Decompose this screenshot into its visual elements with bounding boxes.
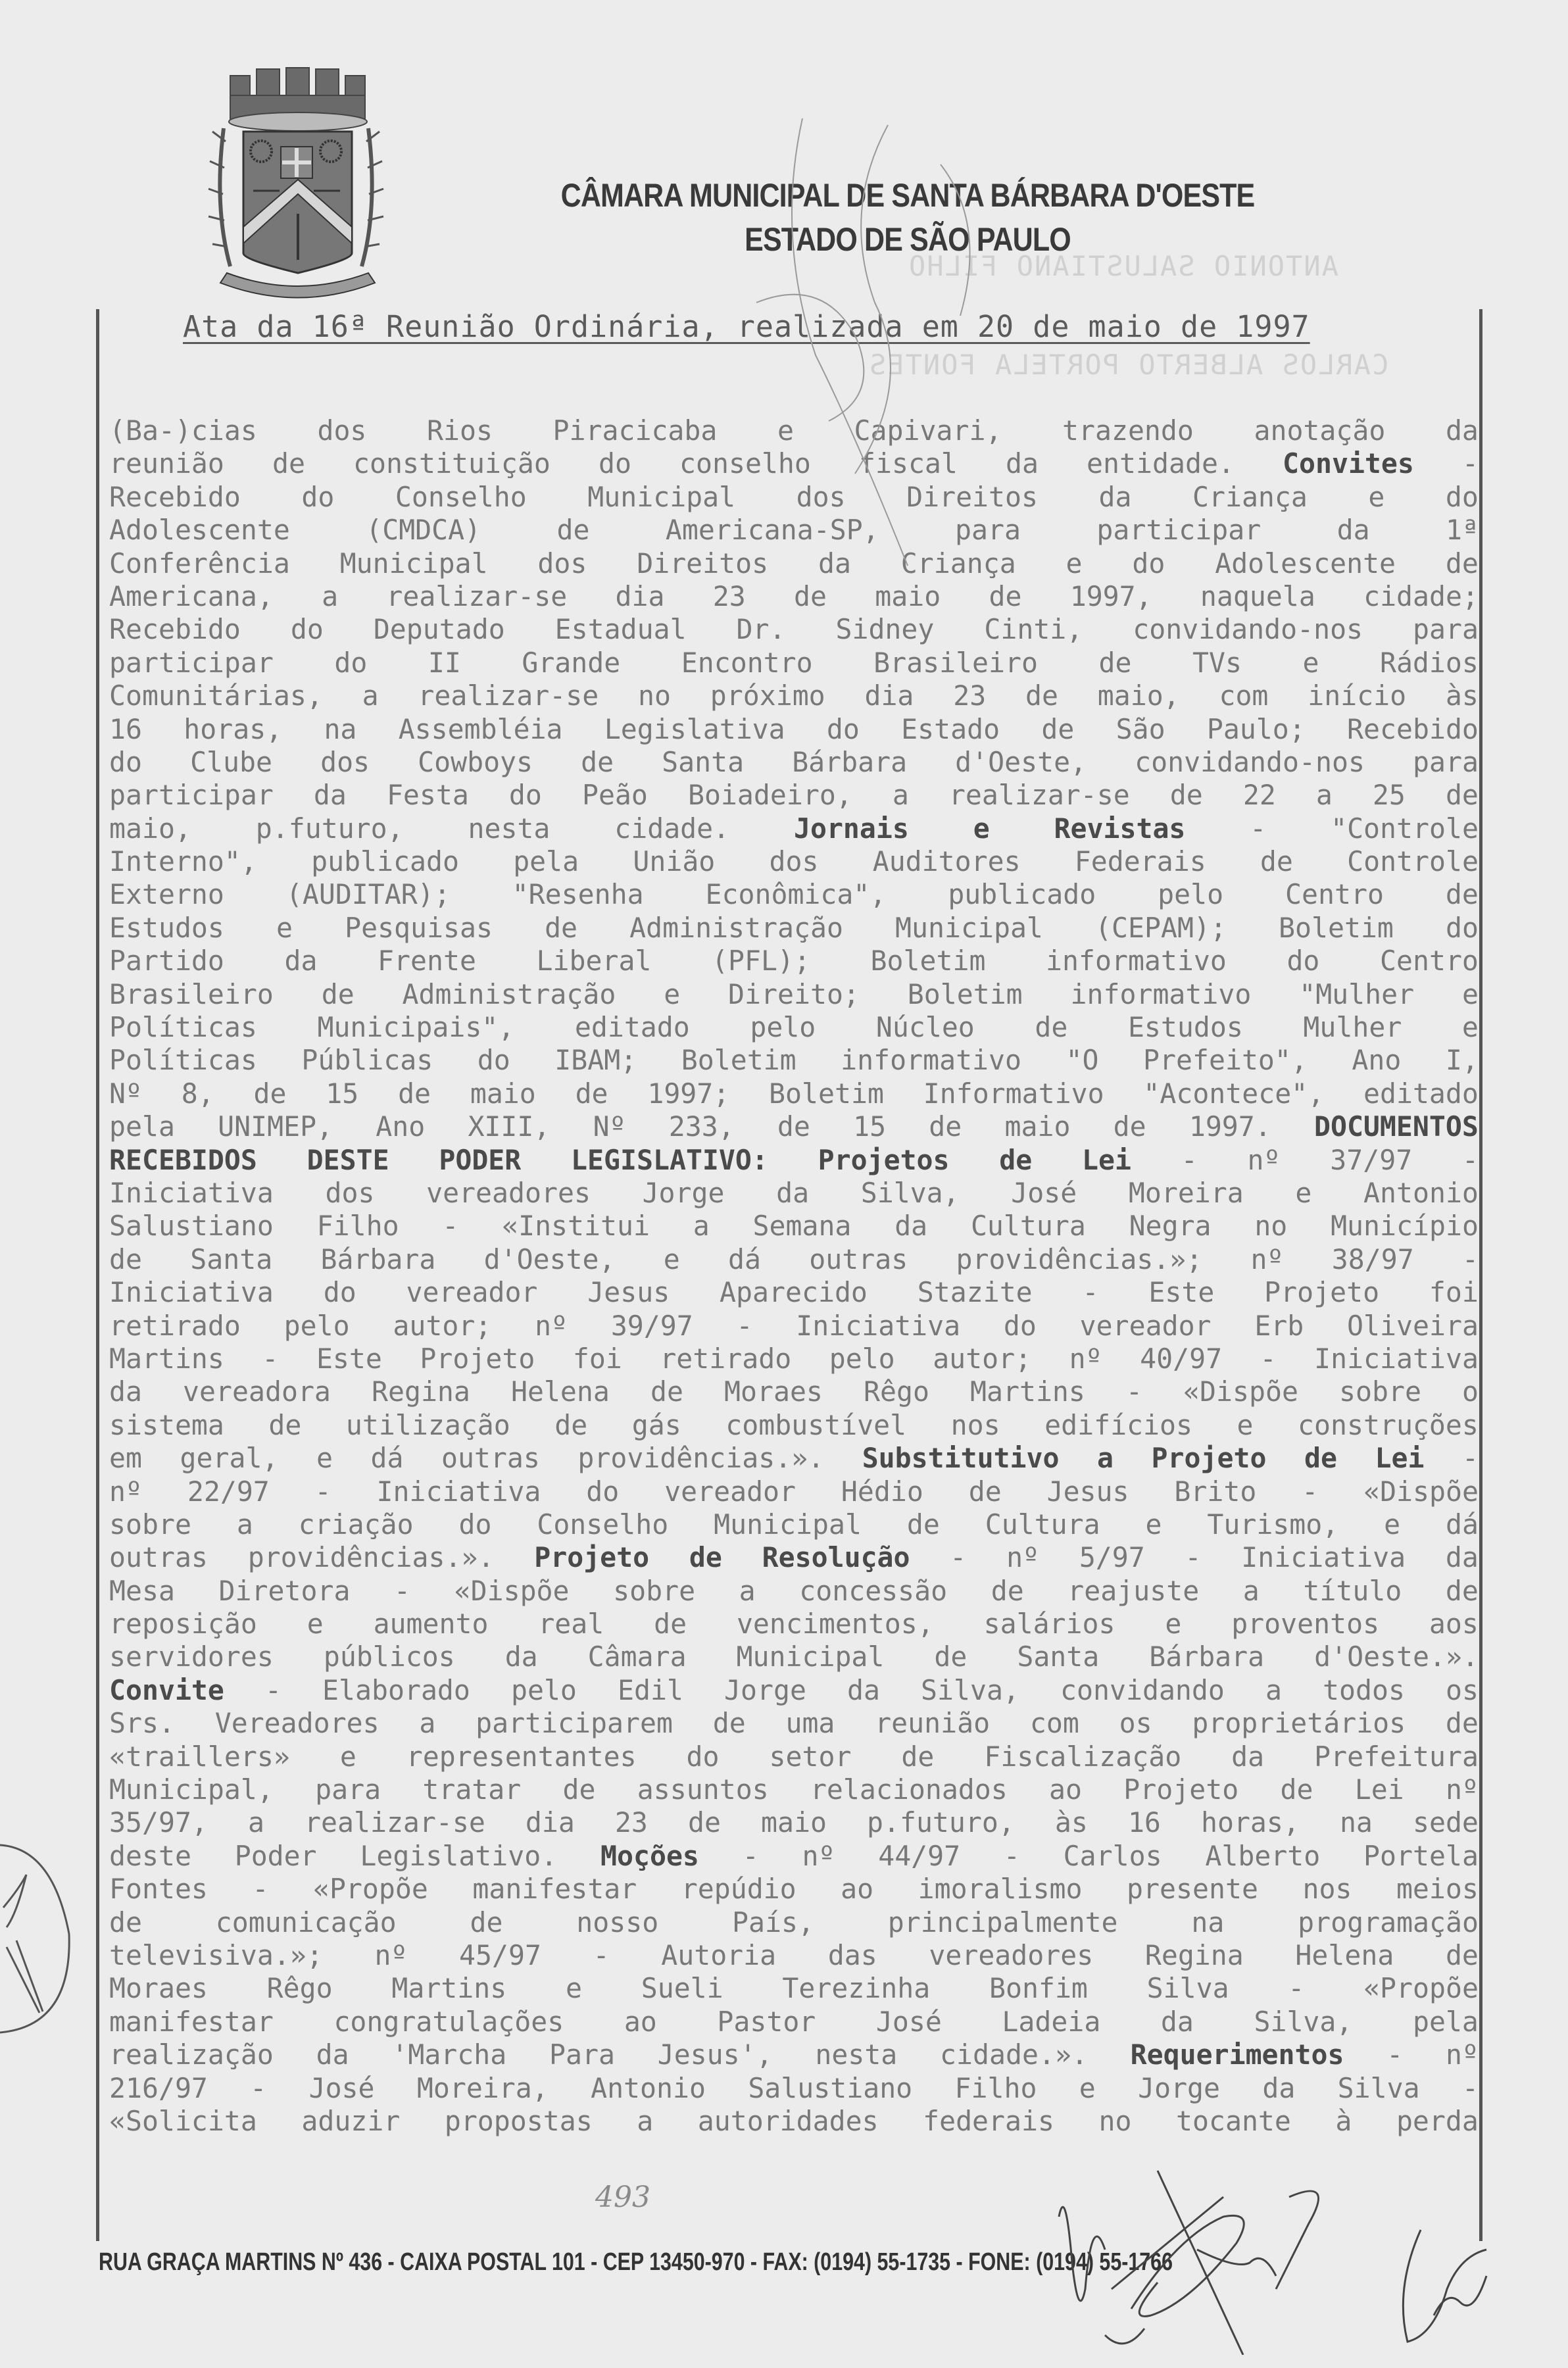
word: "Resenha — [512, 878, 644, 911]
word: Assembléia — [399, 713, 563, 746]
word: de — [322, 978, 355, 1011]
word: do — [291, 613, 324, 646]
word: de — [650, 1375, 683, 1408]
word: Diretora — [219, 1575, 351, 1608]
word: de — [109, 1243, 142, 1276]
word: Salustiano — [109, 1210, 274, 1243]
word: e — [316, 1442, 333, 1475]
text-line: davereadoraReginaHelenadeMoraesRêgoMarti… — [109, 1375, 1479, 1408]
word: anotação — [1254, 414, 1385, 447]
word: Adolescente — [109, 514, 290, 547]
word: Conferência — [109, 547, 290, 580]
word: Iniciativa — [377, 1475, 541, 1508]
word: de — [794, 580, 827, 613]
word: Cultura — [971, 1210, 1086, 1243]
word: dos — [325, 1177, 374, 1210]
footer-address: RUA GRAÇA MARTINS Nº 436 - CAIXA POSTAL … — [99, 2248, 1209, 2277]
word: 5/97 — [1079, 1541, 1145, 1574]
word: vereadora — [183, 1375, 331, 1408]
word: do — [586, 1475, 619, 1508]
word: Carlos — [1064, 1840, 1162, 1873]
word: Estado — [901, 713, 1000, 746]
word: a — [237, 1508, 253, 1541]
word: salários — [984, 1608, 1115, 1640]
minutes-body: (Ba-)ciasdosRiosPiracicabaeCapivari,traz… — [109, 414, 1479, 2138]
word: União — [633, 845, 715, 878]
word: com — [1030, 1707, 1079, 1740]
word: Terezinha — [782, 1972, 930, 2005]
word: - — [593, 1939, 610, 1972]
word: II — [428, 647, 461, 679]
text-line: Americana,arealizar-sedia23demaiode1997,… — [109, 580, 1479, 613]
text-line: Municipal,paratratardeassuntosrelacionad… — [109, 1773, 1479, 1806]
word: Jesus', — [658, 2038, 773, 2071]
text-line: PolíticasMunicipais",editadopeloNúcleode… — [109, 1011, 1479, 1044]
word: 23 — [615, 1806, 648, 1839]
word: informativo — [1046, 945, 1227, 977]
word: cidade. — [614, 812, 729, 845]
word: Iniciativa — [1314, 1343, 1479, 1375]
text-line: emgeral,edáoutrasprovidências.».Substitu… — [109, 1442, 1479, 1475]
word: e — [1368, 481, 1384, 514]
word: Mesa — [109, 1575, 175, 1608]
text-line: SalustianoFilho-«InstituiaSemanadaCultur… — [109, 1210, 1479, 1243]
word: a — [893, 779, 909, 812]
word: Direitos — [637, 547, 768, 580]
word: Para — [549, 2038, 615, 2071]
word: federais — [923, 2105, 1054, 2138]
word: Conselho — [395, 481, 527, 514]
word: Este — [1148, 1276, 1214, 1309]
word: para — [315, 1773, 381, 1806]
word: Erb — [1254, 1310, 1304, 1343]
word: de — [1035, 1011, 1067, 1044]
word: de — [1170, 779, 1203, 812]
word: Este — [316, 1343, 382, 1375]
word: realização — [109, 2038, 274, 2071]
word: todos — [1323, 1674, 1405, 1707]
word: pela — [513, 845, 579, 878]
word: Recebido — [109, 481, 241, 514]
word: Conselho — [537, 1508, 668, 1541]
word: Prefeito", — [1143, 1044, 1308, 1077]
word: da — [1099, 481, 1132, 514]
word: naquela — [1200, 580, 1315, 613]
word: e — [1165, 1608, 1181, 1640]
word: ao — [1049, 1773, 1082, 1806]
word: de — [929, 1110, 962, 1143]
word: relacionados — [810, 1773, 1008, 1806]
word: vereador — [664, 1475, 796, 1508]
word: em — [109, 1442, 142, 1475]
text-line: servidorespúblicosdaCâmaraMunicipaldeSan… — [109, 1640, 1479, 1673]
section-heading-word: Resolução — [762, 1541, 910, 1574]
word: manifestar — [109, 2006, 274, 2038]
word: ao — [841, 1873, 873, 1906]
word: de — [713, 1707, 746, 1740]
word: nº — [374, 1939, 407, 1972]
text-line: destePoderLegislativo.Moções-nº44/97-Car… — [109, 1840, 1479, 1873]
text-line: sobreacriaçãodoConselhoMunicipaldeCultur… — [109, 1508, 1479, 1541]
section-heading-word: Moções — [600, 1840, 699, 1873]
word: cidade; — [1363, 580, 1479, 613]
word: Externo — [109, 878, 224, 911]
word: - — [1462, 1442, 1479, 1475]
word: Prefeitura — [1314, 1740, 1479, 1773]
word: do — [334, 647, 367, 679]
word: 8, — [182, 1077, 214, 1110]
word: Municipal — [587, 481, 735, 514]
word: a — [693, 1210, 710, 1243]
word: - — [950, 1541, 966, 1574]
word: Americana, — [109, 580, 274, 613]
word: Peão — [582, 779, 648, 812]
word: Poder — [235, 1840, 317, 1873]
word: publicado — [948, 878, 1096, 911]
word: maio — [470, 1077, 536, 1110]
word: - — [262, 1343, 278, 1375]
word: (AUDITAR); — [286, 878, 451, 911]
word: e — [1295, 1177, 1311, 1210]
word: p.futuro, — [867, 1806, 1015, 1839]
word: manifestar — [472, 1873, 637, 1906]
word: Públicas — [301, 1044, 433, 1077]
word: de — [576, 1077, 608, 1110]
section-heading-word: Convites — [1283, 447, 1414, 480]
word: d'Oeste, — [955, 746, 1087, 779]
word: Silva — [1147, 1972, 1229, 2005]
word: vereador — [1080, 1310, 1212, 1343]
word: representantes — [406, 1740, 637, 1773]
word: do — [509, 779, 542, 812]
word: Cowboys — [418, 746, 533, 779]
word: Fontes — [109, 1873, 208, 1906]
word: programação — [1298, 1906, 1479, 1939]
word: Estudos — [1128, 1011, 1243, 1044]
word: tratar — [422, 1773, 521, 1806]
word: ao — [624, 2006, 657, 2038]
word: José — [876, 2006, 942, 2038]
word: Brasileiro — [873, 647, 1038, 679]
word: Municipal — [737, 1640, 885, 1673]
word: Projeto — [1123, 1773, 1238, 1806]
word: realizar-se — [305, 1806, 485, 1839]
word: início — [1308, 679, 1406, 712]
word: de — [1280, 1773, 1313, 1806]
word: Políticas — [109, 1044, 257, 1077]
word: e — [1237, 1409, 1254, 1442]
word: perda — [1396, 2105, 1479, 2138]
word: de — [1260, 845, 1293, 878]
word: «Institui — [502, 1210, 650, 1243]
word: horas, — [1201, 1806, 1300, 1839]
section-heading-word: a — [1097, 1442, 1114, 1475]
section-heading-word: Jornais — [794, 812, 909, 845]
word: a — [637, 2105, 653, 2138]
word: para — [1413, 613, 1479, 646]
word: 'Marcha — [391, 2038, 506, 2071]
word: do — [324, 1276, 356, 1309]
word: concessão — [799, 1575, 947, 1608]
handwritten-page-number: 493 — [595, 2181, 650, 2214]
text-line: Martins-EsteProjetofoiretiradopeloautor;… — [109, 1343, 1479, 1375]
word: reunião — [109, 447, 224, 480]
word: Centro — [1285, 878, 1384, 911]
word: Iniciativa — [109, 1276, 274, 1309]
word: Controle — [1347, 845, 1479, 878]
word: participar — [1096, 514, 1261, 547]
word: Recebido — [1347, 713, 1479, 746]
word: "Acontece", — [1143, 1077, 1324, 1110]
word: tocante — [1176, 2105, 1291, 2138]
word: dos — [537, 547, 587, 580]
word: de — [109, 1906, 142, 1939]
word: geral, — [180, 1442, 279, 1475]
signature-circle-icon — [0, 1835, 79, 2046]
text-line: RECEBIDOSDESTEPODERLEGISLATIVO:Projetosd… — [109, 1144, 1479, 1177]
word: Piracicaba — [553, 414, 718, 447]
word: - — [1288, 1972, 1304, 2005]
word: combustível — [725, 1409, 906, 1442]
word: «Propõe — [313, 1873, 428, 1906]
word: nos — [951, 1409, 1000, 1442]
word: e — [664, 1243, 680, 1276]
word: Vereadores — [215, 1707, 380, 1740]
word: 216/97 — [109, 2072, 208, 2105]
word: Estudos — [109, 912, 224, 945]
word: da — [818, 547, 851, 580]
text-line: Convite-ElaboradopeloEdilJorgedaSilva,co… — [109, 1674, 1479, 1707]
word: dos — [796, 481, 846, 514]
word: Econômica", — [706, 878, 887, 911]
word: dia — [616, 580, 665, 613]
word: Festa — [387, 779, 469, 812]
word: Jorge — [643, 1177, 725, 1210]
word: Jesus — [587, 1276, 670, 1309]
text-line: Externo(AUDITAR);"ResenhaEconômica",publ… — [109, 878, 1479, 911]
section-heading-word: Convite — [109, 1674, 224, 1707]
word: vereadores — [426, 1177, 591, 1210]
word: d'Oeste.». — [1314, 1640, 1479, 1673]
text-line: pelaUNIMEP,AnoXIII,Nº233,de15demaiode199… — [109, 1110, 1479, 1143]
word: Boiadeiro, — [688, 779, 852, 812]
word: criação — [299, 1508, 414, 1541]
word: Auditores — [873, 845, 1021, 878]
word: principalmente — [888, 1906, 1118, 1939]
text-line: retiradopeloautor;nº39/97-Iniciativadove… — [109, 1310, 1479, 1343]
word: para — [1413, 746, 1479, 779]
word: Cultura — [985, 1508, 1100, 1541]
word: nº — [1006, 1541, 1039, 1574]
word: foi — [1429, 1276, 1479, 1309]
word: Boletim — [1279, 912, 1394, 945]
word: Bonfim — [989, 1972, 1088, 2005]
word: de — [557, 514, 590, 547]
word: Salustiano — [748, 2072, 912, 2105]
word: IBAM; — [554, 1044, 637, 1077]
word: às — [1446, 679, 1479, 712]
word: Semana — [753, 1210, 852, 1243]
word: retirado — [660, 1343, 791, 1375]
word: outras — [809, 1243, 908, 1276]
word: de — [1446, 1707, 1479, 1740]
word: nº — [109, 1475, 142, 1508]
word: Centro — [1380, 945, 1479, 977]
word: nesta — [815, 2038, 897, 2071]
word: 23 — [713, 580, 746, 613]
word: - — [252, 1873, 268, 1906]
word: - — [1185, 1541, 1202, 1574]
word: Jorge — [1138, 2072, 1220, 2105]
word: d'Oeste, — [484, 1243, 616, 1276]
word: 40/97 — [1140, 1343, 1222, 1375]
text-line: decomunicaçãodenossoPaís,principalmenten… — [109, 1906, 1479, 1939]
word: (CMDCA) — [366, 514, 481, 547]
word: da — [894, 1210, 927, 1243]
word: nº — [1446, 1773, 1479, 1806]
word: - — [1260, 1343, 1277, 1375]
word: maio — [875, 580, 941, 613]
text-line: 16horas,naAssembléiaLegislativadoEstadod… — [109, 713, 1479, 746]
word: Martins — [970, 1375, 1085, 1408]
word: repúdio — [681, 1873, 796, 1906]
municipal-coat-of-arms-icon — [201, 62, 391, 306]
word: de — [554, 1409, 587, 1442]
word: Moraes — [724, 1375, 823, 1408]
word: 16 — [1128, 1806, 1161, 1839]
word: foi — [573, 1343, 622, 1375]
word: providências.»; — [956, 1243, 1202, 1276]
word: sobre — [109, 1508, 191, 1541]
word: 23 — [953, 679, 986, 712]
word: Autoria — [661, 1939, 776, 1972]
section-heading-word: de — [1304, 1442, 1337, 1475]
word: participar — [109, 779, 274, 812]
word: - — [394, 1575, 410, 1608]
word: Interno", — [109, 845, 257, 878]
word: - — [1462, 1243, 1479, 1276]
word: participar — [109, 647, 274, 679]
word: Helena — [511, 1375, 610, 1408]
word: da — [1446, 414, 1479, 447]
word: na — [1340, 1806, 1373, 1839]
word: de — [581, 746, 614, 779]
word: pelo — [750, 1011, 816, 1044]
word: realizar-se — [386, 580, 567, 613]
word: da — [314, 779, 347, 812]
word: do — [827, 713, 860, 746]
word: sede — [1413, 1806, 1479, 1839]
word: Helena — [1295, 1939, 1394, 1972]
word: de — [777, 1110, 810, 1143]
word: «Propõe — [1363, 1972, 1479, 2005]
word: realizar-se — [418, 679, 599, 712]
text-line: participardoIIGrandeEncontroBrasileirode… — [109, 647, 1479, 679]
word: gás — [632, 1409, 681, 1442]
word: Liberal — [537, 945, 652, 977]
word: Capivari, — [854, 414, 1002, 447]
word: Municipal — [714, 1508, 862, 1541]
word: dos — [770, 845, 819, 878]
word: Criança — [1192, 481, 1308, 514]
word: São — [1116, 713, 1165, 746]
word: na — [1191, 1906, 1224, 1939]
word: 233, — [669, 1110, 735, 1143]
word: de — [398, 1077, 431, 1110]
word: (PFL); — [712, 945, 810, 977]
word: reunião — [875, 1707, 990, 1740]
word: País, — [732, 1906, 814, 1939]
word: Bárbara — [320, 1243, 435, 1276]
word: edifícios — [1044, 1409, 1192, 1442]
word: - — [1462, 447, 1479, 480]
word: 22/97 — [187, 1475, 270, 1508]
word: Iniciativa — [1241, 1541, 1406, 1574]
word: de — [688, 1806, 721, 1839]
section-heading-word: Lei — [1375, 1442, 1424, 1475]
word: Santa — [662, 746, 744, 779]
word: Informativo — [923, 1077, 1104, 1110]
word: da — [316, 2038, 349, 2071]
word: autor; — [933, 1343, 1031, 1375]
word: e — [1462, 1011, 1479, 1044]
word: da — [776, 1177, 809, 1210]
word: Santa — [1017, 1640, 1099, 1673]
section-heading-word: Lei — [1082, 1144, 1131, 1177]
word: a — [248, 1806, 264, 1839]
word: da — [1161, 2006, 1194, 2038]
word: I, — [1446, 1044, 1479, 1077]
word: participarem — [476, 1707, 673, 1740]
text-line: «Solicitaaduzirpropostasaautoridadesfede… — [109, 2105, 1479, 2138]
word: Encontro — [681, 647, 813, 679]
word: do — [458, 1508, 491, 1541]
word: Adolescente — [1215, 547, 1396, 580]
word: para — [955, 514, 1021, 547]
word: e — [1384, 1508, 1400, 1541]
word: José — [1011, 1177, 1077, 1210]
text-line: 216/97-JoséMoreira,AntonioSalustianoFilh… — [109, 2072, 1479, 2105]
word: Silva, — [921, 1674, 1019, 1707]
word: o — [1462, 1375, 1479, 1408]
text-line: participardaFestadoPeãoBoiadeiro,arealiz… — [109, 779, 1479, 812]
word: Cinti, — [984, 613, 1083, 646]
word: editado — [1363, 1077, 1479, 1110]
word: - — [1083, 1276, 1099, 1309]
word: nº — [535, 1310, 568, 1343]
word: Silva, — [1254, 2006, 1352, 2038]
text-line: deSantaBárbarad'Oeste,edáoutrasprovidênc… — [109, 1243, 1479, 1276]
word: Rádios — [1380, 647, 1479, 679]
word: Nº — [109, 1077, 142, 1110]
word: Lei — [1355, 1773, 1404, 1806]
word: da — [284, 945, 317, 977]
word: Direito; — [728, 978, 860, 1011]
word: publicado — [311, 845, 459, 878]
word: do — [1004, 1310, 1037, 1343]
word: Projeto — [420, 1343, 535, 1375]
word: Moraes — [109, 1972, 208, 2005]
word: Estadual — [555, 613, 687, 646]
word: do — [478, 1044, 510, 1077]
word: Jorge — [724, 1674, 806, 1707]
word: Moreira — [1129, 1177, 1244, 1210]
word: vereador — [406, 1276, 538, 1309]
word: a — [362, 679, 379, 712]
word: - — [737, 1310, 753, 1343]
word: do — [1132, 547, 1165, 580]
word: Projeto — [1264, 1276, 1379, 1309]
